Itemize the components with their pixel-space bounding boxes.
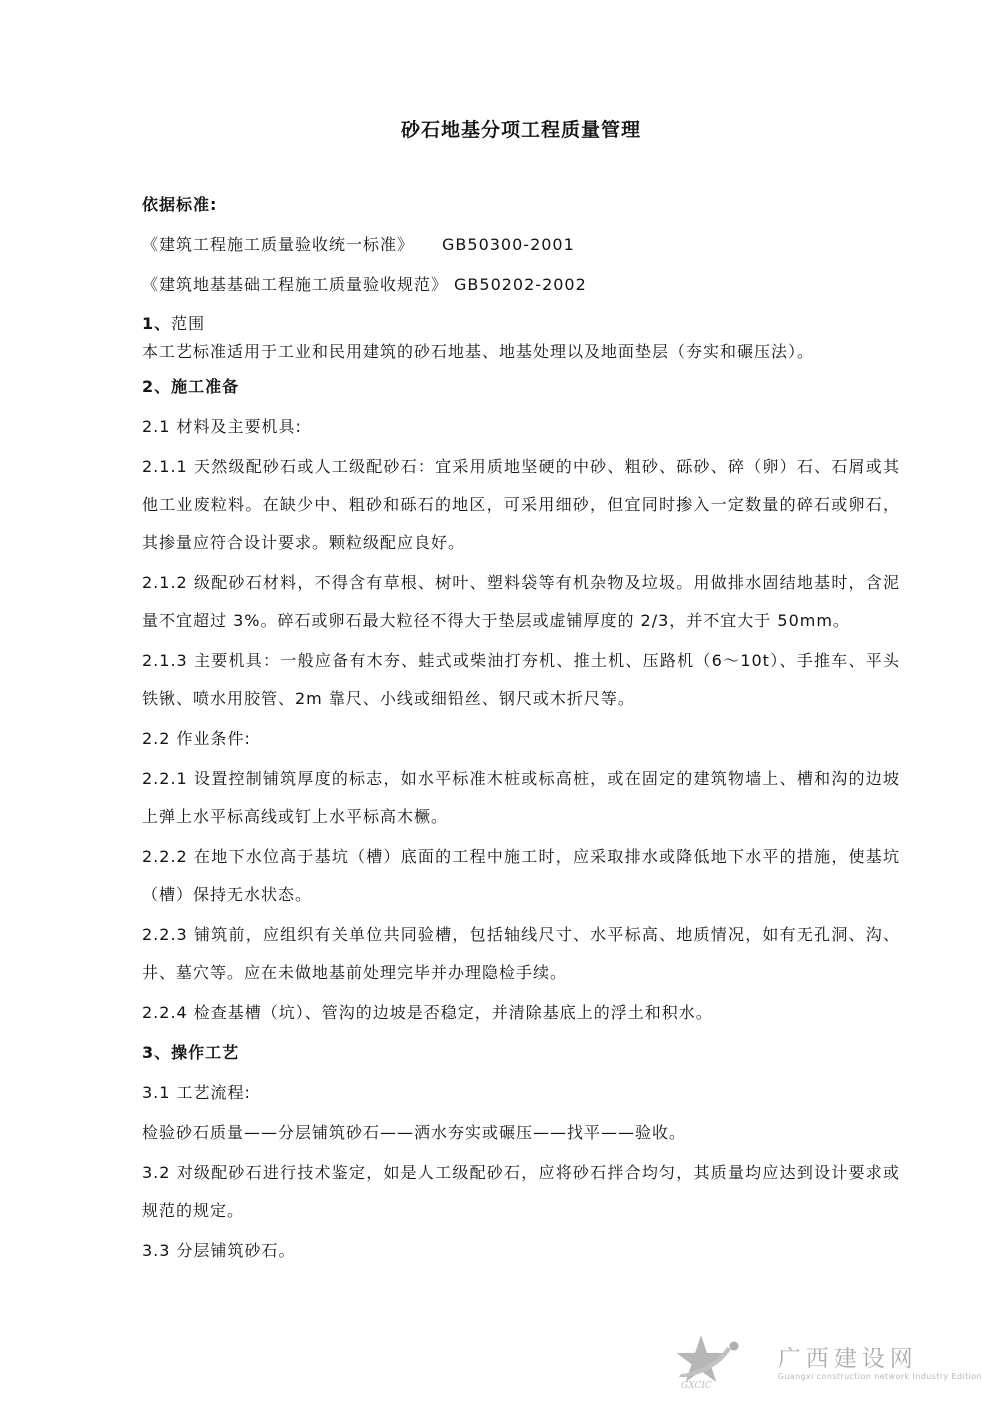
standard-name: 《建筑工程施工质量验收统一标准》 — [142, 235, 414, 254]
process-flow-line: 检验砂石质量——分层铺筑砂石——洒水夯实或碾压——找平——验收。 — [142, 1114, 900, 1152]
standard-name: 《建筑地基基础工程施工质量验收规范》 — [142, 275, 448, 294]
watermark-site-name: 广西建设网 — [778, 1346, 918, 1372]
watermark-tagline: Guangxi construction network Industry Ed… — [778, 1372, 982, 1382]
standard-line-2: 《建筑地基基础工程施工质量验收规范》GB50202-2002 — [142, 266, 900, 304]
section-2-heading: 2、施工准备 — [142, 368, 900, 406]
section-3-heading: 3、操作工艺 — [142, 1034, 900, 1072]
section-1-heading: 1、范围 — [142, 310, 900, 338]
paragraph-2-2-1: 2.2.1 设置控制铺筑厚度的标志，如水平标准木桩或标高桩，或在固定的建筑物墙上… — [142, 760, 900, 836]
paragraph-2-1-2: 2.1.2 级配砂石材料，不得含有草根、树叶、塑料袋等有机杂物及垃圾。用做排水固… — [142, 564, 900, 640]
page-title: 砂石地基分项工程质量管理 — [142, 114, 900, 146]
section-1-title: 范围 — [171, 314, 205, 333]
logo-caption-text: GXCIC — [681, 1381, 712, 1391]
paragraph-3-3: 3.3 分层铺筑砂石。 — [142, 1232, 900, 1270]
standard-line-1: 《建筑工程施工质量验收统一标准》GB50300-2001 — [142, 226, 900, 264]
paragraph-2-1-3: 2.1.3 主要机具：一般应备有木夯、蛙式或柴油打夯机、推土机、压路机（6～10… — [142, 642, 900, 718]
paragraph-3-2: 3.2 对级配砂石进行技术鉴定，如是人工级配砂石，应将砂石拌合均匀，其质量均应达… — [142, 1154, 900, 1230]
paragraph-2-2-2: 2.2.2 在地下水位高于基坑（槽）底面的工程中施工时，应采取排水或降低地下水平… — [142, 838, 900, 914]
paragraph-2-1: 2.1 材料及主要机具: — [142, 408, 900, 446]
document-content: 砂石地基分项工程质量管理 依据标准: 《建筑工程施工质量验收统一标准》GB503… — [142, 108, 900, 1270]
paragraph-2-1-1: 2.1.1 天然级配砂石或人工级配砂石：宜采用质地坚硬的中砂、粗砂、砾砂、碎（卵… — [142, 448, 900, 562]
section-1-body: 本工艺标准适用于工业和民用建筑的砂石地基、地基处理以及地面垫层（夯实和碾压法）。 — [142, 338, 900, 366]
section-1-number: 1、 — [142, 314, 171, 333]
basis-heading: 依据标准: — [142, 186, 900, 224]
gxcic-watermark: GXCIC 广西建设网 Guangxi construction network… — [667, 1333, 982, 1395]
standard-code: GB50300-2001 — [442, 235, 575, 254]
paragraph-2-2: 2.2 作业条件: — [142, 720, 900, 758]
paragraph-2-2-3: 2.2.3 铺筑前，应组织有关单位共同验槽，包括轴线尺寸、水平标高、地质情况，如… — [142, 916, 900, 992]
standard-code: GB50202-2002 — [454, 275, 587, 294]
watermark-text: 广西建设网 Guangxi construction network Indus… — [778, 1346, 982, 1382]
paragraph-3-1: 3.1 工艺流程: — [142, 1074, 900, 1112]
star-logo-icon: GXCIC — [667, 1333, 772, 1395]
paragraph-2-2-4: 2.2.4 检查基槽（坑）、管沟的边坡是否稳定，并清除基底上的浮土和积水。 — [142, 994, 900, 1032]
document-page: 砂石地基分项工程质量管理 依据标准: 《建筑工程施工质量验收统一标准》GB503… — [0, 0, 992, 1403]
